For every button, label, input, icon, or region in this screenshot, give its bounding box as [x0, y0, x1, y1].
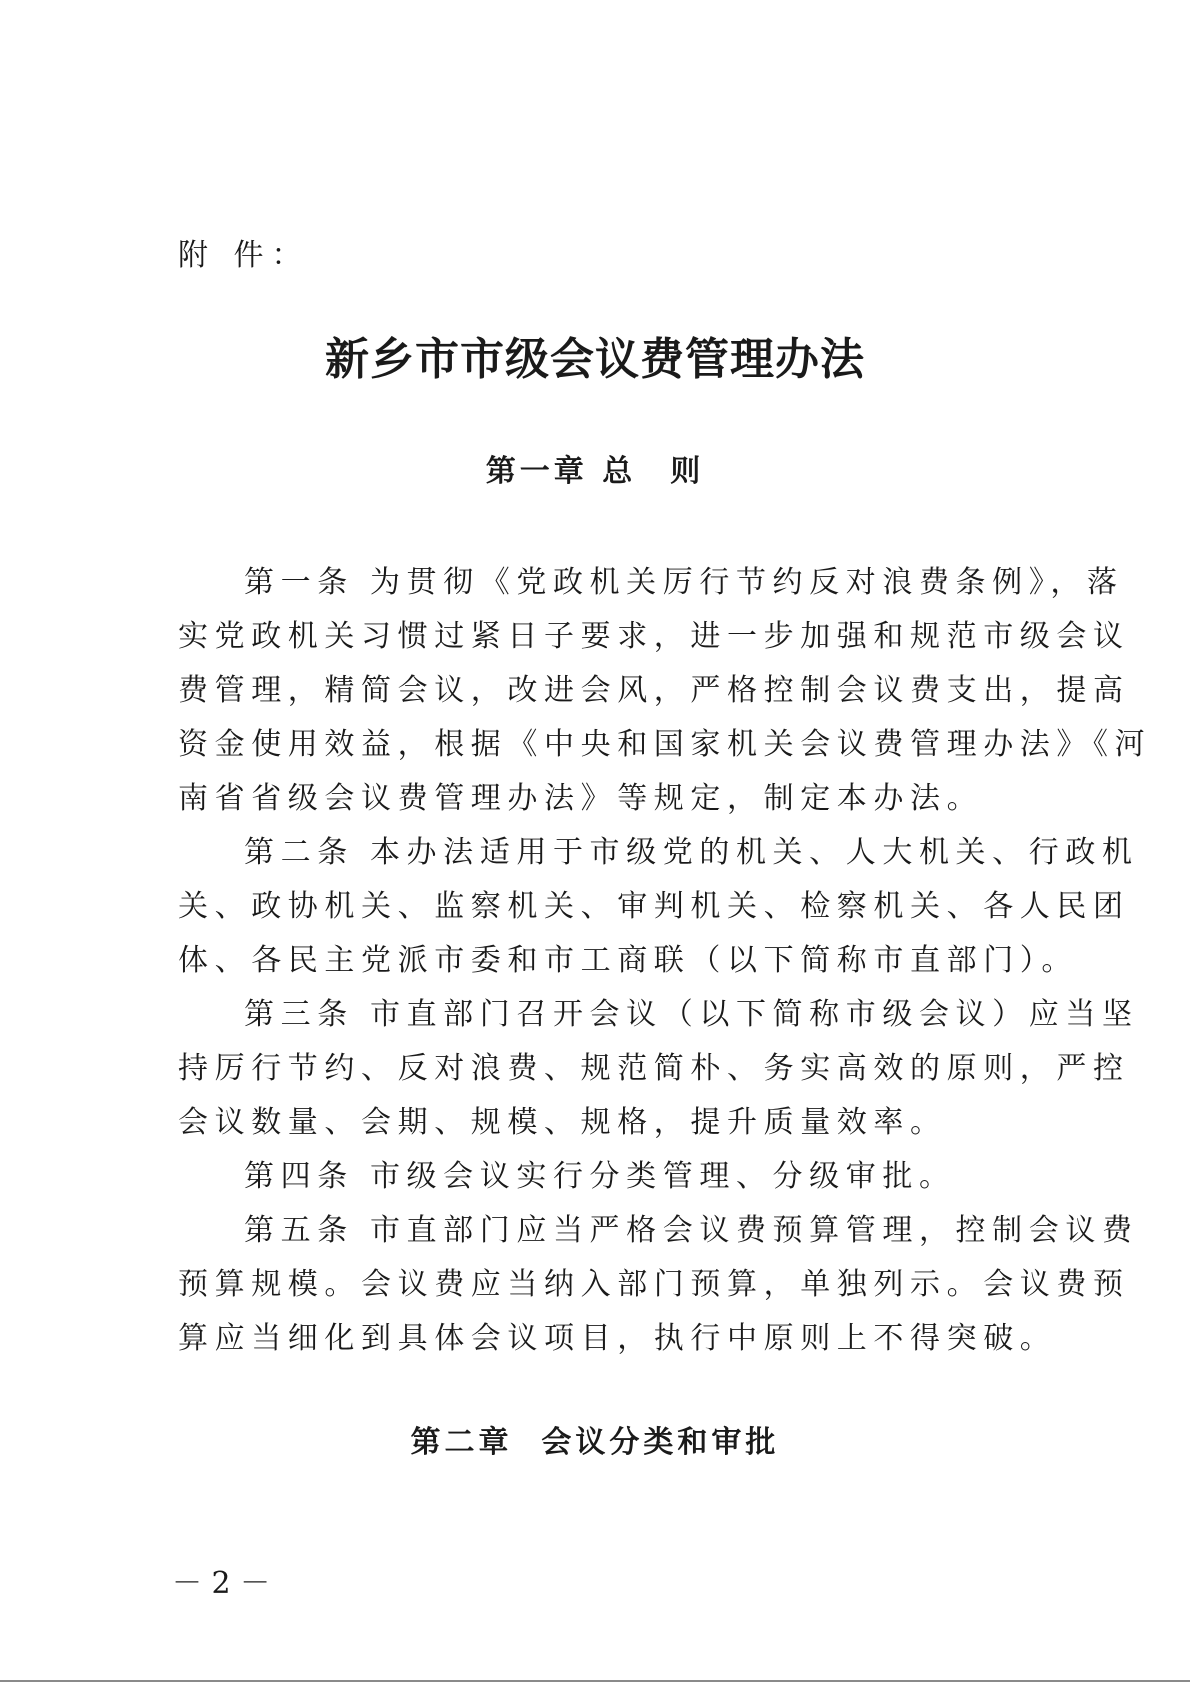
article-1: 第一条 为贯彻《党政机关厉行节约反对浪费条例》，落 实党政机关习惯过紧日子要求，… — [178, 556, 1018, 826]
article-3: 第三条 市直部门召开会议（以下简称市级会议）应当坚 持厉行节约、反对浪费、规范简… — [178, 988, 1018, 1150]
article-line: 第三条 市直部门召开会议（以下简称市级会议）应当坚 — [178, 988, 1018, 1042]
document-body: 第一条 为贯彻《党政机关厉行节约反对浪费条例》，落 实党政机关习惯过紧日子要求，… — [178, 556, 1018, 1366]
page-number: － 2 － — [172, 1564, 270, 1604]
article-line: 第四条 市级会议实行分类管理、分级审批。 — [178, 1150, 1018, 1204]
article-line: 关、政协机关、监察机关、审判机关、检察机关、各人民团 — [178, 880, 1018, 934]
article-line: 会议数量、会期、规模、规格，提升质量效率。 — [178, 1096, 1018, 1150]
article-number: 第二条 — [244, 835, 354, 870]
article-line: 持厉行节约、反对浪费、规范简朴、务实高效的原则，严控 — [178, 1042, 1018, 1096]
article-line: 算应当细化到具体会议项目，执行中原则上不得突破。 — [178, 1312, 1018, 1366]
article-line: 第二条 本办法适用于市级党的机关、人大机关、行政机 — [178, 826, 1018, 880]
article-line: 资金使用效益，根据《中央和国家机关会议费管理办法》《河 — [178, 718, 1018, 772]
article-5: 第五条 市直部门应当严格会议费预算管理，控制会议费 预算规模。会议费应当纳入部门… — [178, 1204, 1018, 1366]
chapter-heading-1: 第一章 总 则 — [0, 452, 1190, 492]
article-line: 实党政机关习惯过紧日子要求，进一步加强和规范市级会议 — [178, 610, 1018, 664]
article-2: 第二条 本办法适用于市级党的机关、人大机关、行政机 关、政协机关、监察机关、审判… — [178, 826, 1018, 988]
article-line: 南省省级会议费管理办法》等规定，制定本办法。 — [178, 772, 1018, 826]
article-4: 第四条 市级会议实行分类管理、分级审批。 — [178, 1150, 1018, 1204]
article-line: 第一条 为贯彻《党政机关厉行节约反对浪费条例》，落 — [178, 556, 1018, 610]
article-number: 第三条 — [244, 997, 354, 1032]
chapter-heading-2: 第二章 会议分类和审批 — [0, 1423, 1190, 1463]
article-line: 费管理，精简会议，改进会风，严格控制会议费支出，提高 — [178, 664, 1018, 718]
document-title: 新乡市市级会议费管理办法 — [0, 332, 1190, 388]
article-line: 预算规模。会议费应当纳入部门预算，单独列示。会议费预 — [178, 1258, 1018, 1312]
article-line: 第五条 市直部门应当严格会议费预算管理，控制会议费 — [178, 1204, 1018, 1258]
article-number: 第一条 — [244, 565, 354, 600]
article-number: 第五条 — [244, 1213, 354, 1248]
article-line: 体、各民主党派市委和市工商联（以下简称市直部门）。 — [178, 934, 1018, 988]
article-number: 第四条 — [244, 1159, 354, 1194]
attachment-label: 附 件： — [178, 236, 310, 276]
